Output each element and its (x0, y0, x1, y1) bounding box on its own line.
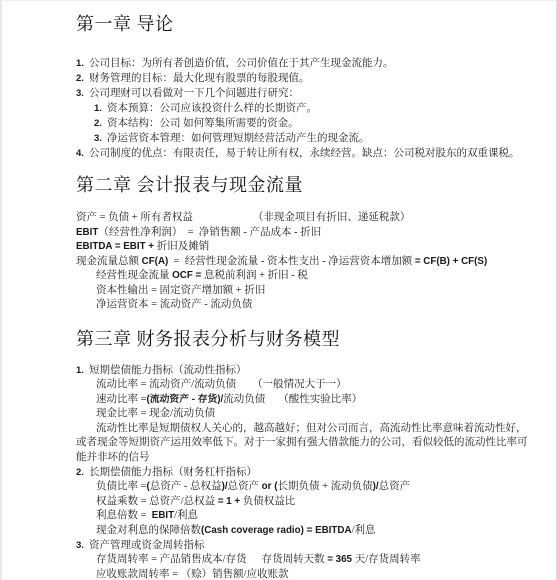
formula-line: 资产 = 负债 + 所有者权益（非现金项目有折旧、递延税款） (76, 211, 546, 226)
list-item-text: 公司目标：为所有者创造价值，公司价值在于其产生现金流能力。 (89, 58, 394, 69)
list-item-text: 财务管理的目标：最大化现有股票的每股现值。 (89, 73, 310, 84)
chapter-2-formulas: 资产 = 负债 + 所有者权益（非现金项目有折旧、递延税款） EBIT（经营性净… (76, 211, 546, 313)
item-number: 1. (76, 364, 89, 379)
formula-line: 现金比率 = 现金/流动负债 (76, 407, 546, 422)
chapter-3-content: 1.短期偿债能力指标（流动性指标） 流动比率 = 流动资产/流动负债（一般情况大… (76, 364, 546, 580)
chapter-2-title: 第二章 会计报表与现金流量 (76, 174, 546, 196)
document-page: 第一章 导论 1.公司目标：为所有者创造价值，公司价值在于其产生现金流能力。 2… (0, 0, 557, 580)
formula-line: 现金流量总额 CF(A) = 经营性现金流量 - 资本性支出 - 净运营资本增加… (76, 255, 546, 270)
item-number: 3. (76, 539, 89, 554)
formula-line: EBITDA = EBIT + 折旧及摊销 (76, 240, 546, 255)
list-item-text: 净运营资本管理：如何管理短期经营活动产生的现金流。 (107, 133, 370, 144)
item-number: 3. (76, 86, 89, 101)
list-item: 3.公司理财可以看做对一下几个问题进行研究： (76, 86, 546, 101)
list-item-text: 资本预算：公司应该投资什么样的长期资产。 (107, 103, 317, 114)
formula-line: 利息倍数 = EBIT/利息 (76, 509, 546, 524)
list-subitem: 2.资本结构：公司 如何筹集所需要的资金。 (76, 116, 546, 131)
list-item: 4.公司制度的优点：有限责任，易于转让所有权，永续经营。缺点：公司税对股东的双重… (76, 146, 546, 161)
formula-line: 权益乘数 = 总资产/总权益 = 1 + 负债权益比 (76, 495, 546, 510)
formula-line: 资本性输出 = 固定资产增加额 + 折旧 (76, 284, 546, 299)
item-number: 2. (94, 116, 107, 131)
formula-line: EBIT（经营性净利润） = 净销售额 - 产品成本 - 折旧 (76, 226, 546, 241)
item-number: 1. (94, 101, 107, 116)
item-number: 2. (76, 466, 89, 481)
list-item: 3.资产管理或资金周转指标 (76, 539, 546, 554)
list-item-text: 资产管理或资金周转指标 (89, 540, 205, 551)
list-item: 2.财务管理的目标：最大化现有股票的每股现值。 (76, 71, 546, 86)
formula-line: 流动比率 = 流动资产/流动负债（一般情况大于一） (76, 378, 546, 393)
list-item-text: 公司制度的优点：有限责任，易于转让所有权，永续经营。缺点：公司税对股东的双重课税… (89, 148, 520, 159)
formula-line: 净运营资本 = 流动资产 - 流动负债 (76, 298, 546, 313)
formula-line: 现金对利息的保障倍数(Cash coverage radio) = EBITDA… (76, 524, 546, 539)
list-item: 1.公司目标：为所有者创造价值，公司价值在于其产生现金流能力。 (76, 56, 546, 71)
formula-line: 经营性现金流量 OCF = 息税前利润 + 折旧 - 税 (76, 269, 546, 284)
chapter-1-title: 第一章 导论 (76, 13, 546, 35)
formula-line: 速动比率 =(流动资产 - 存货)/流动负债（酸性实验比率） (76, 393, 546, 408)
list-item-text: 短期偿债能力指标（流动性指标） (89, 365, 247, 376)
paragraph-line: 能并非坏的信号 (76, 451, 546, 466)
item-number: 4. (76, 146, 89, 161)
list-subitem: 3.净运营资本管理：如何管理短期经营活动产生的现金流。 (76, 131, 546, 146)
list-item: 1.短期偿债能力指标（流动性指标） (76, 364, 546, 379)
chapter-3-title: 第三章 财务报表分析与财务模型 (76, 328, 546, 350)
list-item: 2.长期偿债能力指标（财务杠杆指标） (76, 466, 546, 481)
list-item-text: 公司理财可以看做对一下几个问题进行研究： (89, 88, 299, 99)
list-item-text: 资本结构：公司 如何筹集所需要的资金。 (107, 118, 299, 129)
paragraph-line: 或者现金等短期资产运用效率低下。对于一家拥有强大借款能力的公司，看似较低的流动性… (76, 436, 546, 451)
formula-line: 负债比率 =(总资产 - 总权益)/总资产 or (长期负债 + 流动负债)/总… (76, 480, 546, 495)
list-item-text: 长期偿债能力指标（财务杠杆指标） (89, 467, 257, 478)
item-number: 1. (76, 56, 89, 71)
formula-line: 应收账款周转率 = （赊）销售额/应收账款 (76, 568, 546, 580)
paragraph-line: 流动性比率是短期债权人关心的，越高越好；但对公司而言，高流动性比率意味着流动性好… (76, 422, 546, 437)
formula-line: 存货周转率 = 产品销售成本/存货存货周转天数 = 365 天/存货周转率 (76, 553, 546, 568)
chapter-1-list: 1.公司目标：为所有者创造价值，公司价值在于其产生现金流能力。 2.财务管理的目… (76, 56, 546, 161)
list-subitem: 1.资本预算：公司应该投资什么样的长期资产。 (76, 101, 546, 116)
item-number: 3. (94, 131, 107, 146)
item-number: 2. (76, 71, 89, 86)
